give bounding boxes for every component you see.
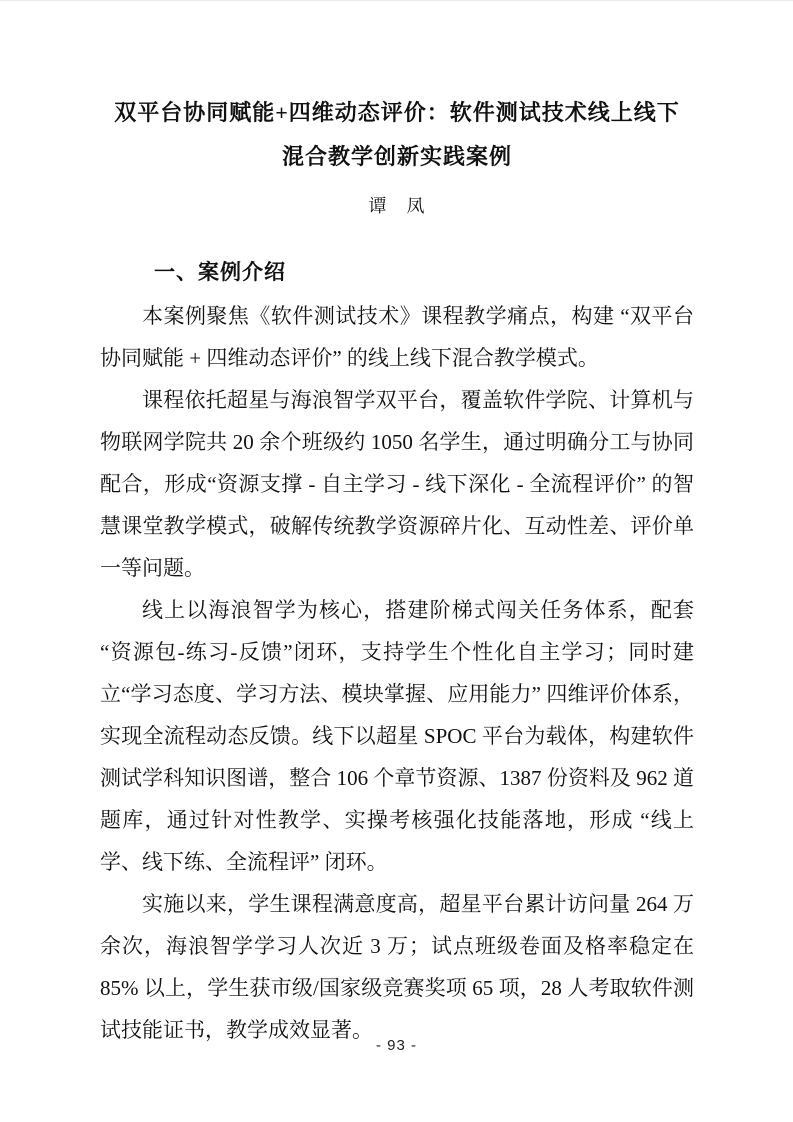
- page-footer: - 93 -: [0, 1037, 793, 1055]
- body-paragraph-3: 线上以海浪智学为核心，搭建阶梯式闯关任务体系，配套 “资源包-练习-反馈”闭环，…: [100, 589, 694, 883]
- title-line-1: 双平台协同赋能+四维动态评价：软件测试技术线上线下: [100, 91, 694, 135]
- author-name: 谭 凤: [100, 193, 694, 219]
- body-paragraph-2: 课程依托超星与海浪智学双平台，覆盖软件学院、计算机与物联网学院共 20 余个班级…: [100, 379, 694, 589]
- document-body: 双平台协同赋能+四维动态评价：软件测试技术线上线下 混合教学创新实践案例 谭 凤…: [100, 91, 694, 1051]
- body-paragraph-1: 本案例聚焦《软件测试技术》课程教学痛点，构建 “双平台协同赋能 + 四维动态评价…: [100, 295, 694, 379]
- document-page: 双平台协同赋能+四维动态评价：软件测试技术线上线下 混合教学创新实践案例 谭 凤…: [0, 0, 793, 1122]
- page-number: - 93 -: [376, 1037, 417, 1054]
- section-heading: 一、案例介绍: [100, 257, 694, 287]
- body-paragraph-4: 实施以来，学生课程满意度高，超星平台累计访问量 264 万余次，海浪智学学习人次…: [100, 883, 694, 1051]
- title-line-2: 混合教学创新实践案例: [100, 135, 694, 179]
- document-title: 双平台协同赋能+四维动态评价：软件测试技术线上线下 混合教学创新实践案例: [100, 91, 694, 179]
